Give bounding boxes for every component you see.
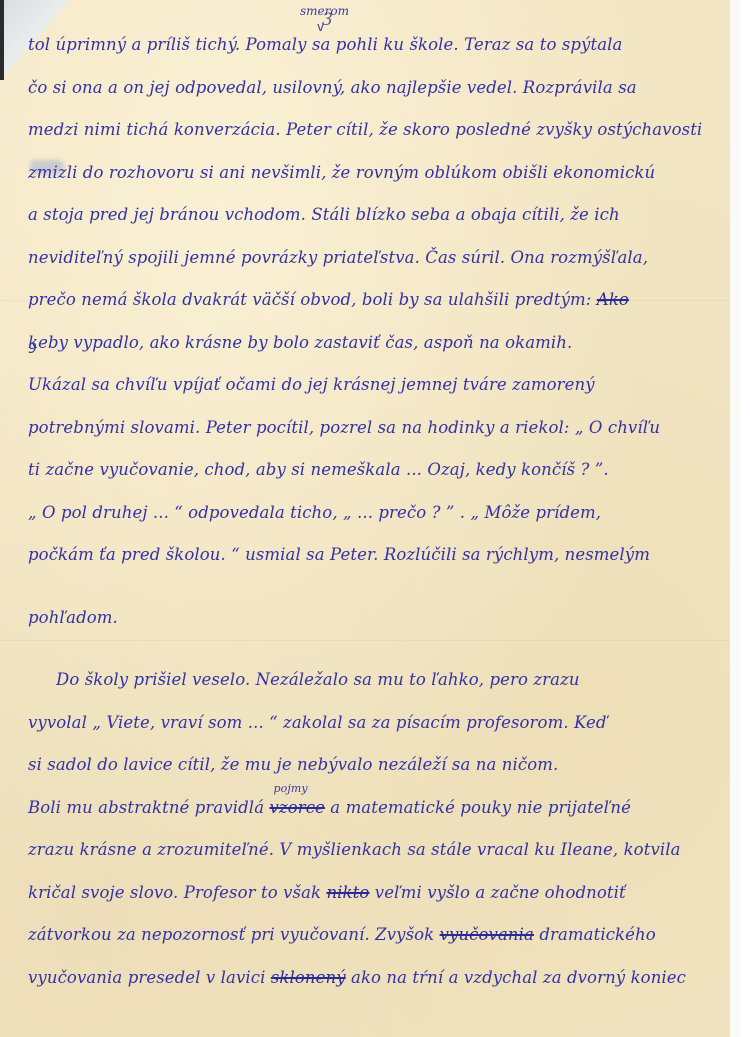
struck-out-word: nikto	[326, 883, 369, 902]
text-line: čo si ona a on jej odpovedal, usilovný, …	[28, 67, 728, 110]
handwritten-text-body: tol úprimný a príliš tichý. Pomaly sa po…	[28, 24, 728, 999]
text-line: medzi nimi tichá konverzácia. Peter cíti…	[28, 109, 728, 152]
text-line: Do školy prišiel veselo. Nezáležalo sa m…	[28, 659, 728, 702]
text-line: Ukázal sa chvíľu vpíjať očami do jej krá…	[28, 364, 728, 407]
text-line: kričal svoje slovo. Profesor to však nik…	[28, 872, 728, 915]
text-line: ti začne vyučovanie, chod, aby si nemešk…	[28, 449, 728, 492]
margin-mark: 9	[28, 342, 37, 356]
text-line: Boli mu abstraktné pravidlá vzorcepojmy …	[28, 787, 728, 830]
text-line: potrebnými slovami. Peter pocítil, pozre…	[28, 407, 728, 450]
text-line: keby vypadlo, ako krásne by bolo zastavi…	[28, 322, 728, 365]
text-line: si sadol do lavice cítil, že mu je nebýv…	[28, 744, 728, 787]
text-line: zátvorkou za nepozornosť pri vyučovaní. …	[28, 914, 728, 957]
struck-out-word: Ako	[597, 290, 629, 309]
struck-out-word: vzorce	[269, 798, 324, 817]
text-line: tol úprimný a príliš tichý. Pomaly sa po…	[28, 24, 728, 67]
inserted-word: smerom	[300, 4, 349, 18]
struck-out-word: vyučovania	[440, 925, 534, 944]
scan-margin-strip	[730, 0, 740, 1037]
manuscript-page: 3 smerom v tol úprimný a príliš tichý. P…	[0, 0, 740, 1037]
text-line: počkám ťa pred školou. “ usmial sa Peter…	[28, 534, 728, 577]
text-line: zmizli do rozhovoru si ani nevšimli, že …	[28, 152, 728, 195]
text-line: vyvolal „ Viete, vraví som ... “ zakolal…	[28, 702, 728, 745]
text-line: zrazu krásne a zrozumiteľné. V myšlienka…	[28, 829, 728, 872]
text-line: prečo nemá škola dvakrát väčší obvod, bo…	[28, 279, 728, 322]
struck-out-word: sklonený	[271, 968, 346, 987]
text-line: pohľadom.	[28, 597, 728, 640]
scan-edge-shadow	[0, 0, 4, 80]
text-line: neviditeľný spojili jemné povrázky priat…	[28, 237, 728, 280]
inserted-word: pojmy	[273, 782, 307, 796]
text-line: vyučovania presedel v lavici sklonený ak…	[28, 957, 728, 1000]
text-line: „ O pol druhej ... “ odpovedala ticho, „…	[28, 492, 728, 535]
text-line: a stoja pred jej bránou vchodom. Stáli b…	[28, 194, 728, 237]
